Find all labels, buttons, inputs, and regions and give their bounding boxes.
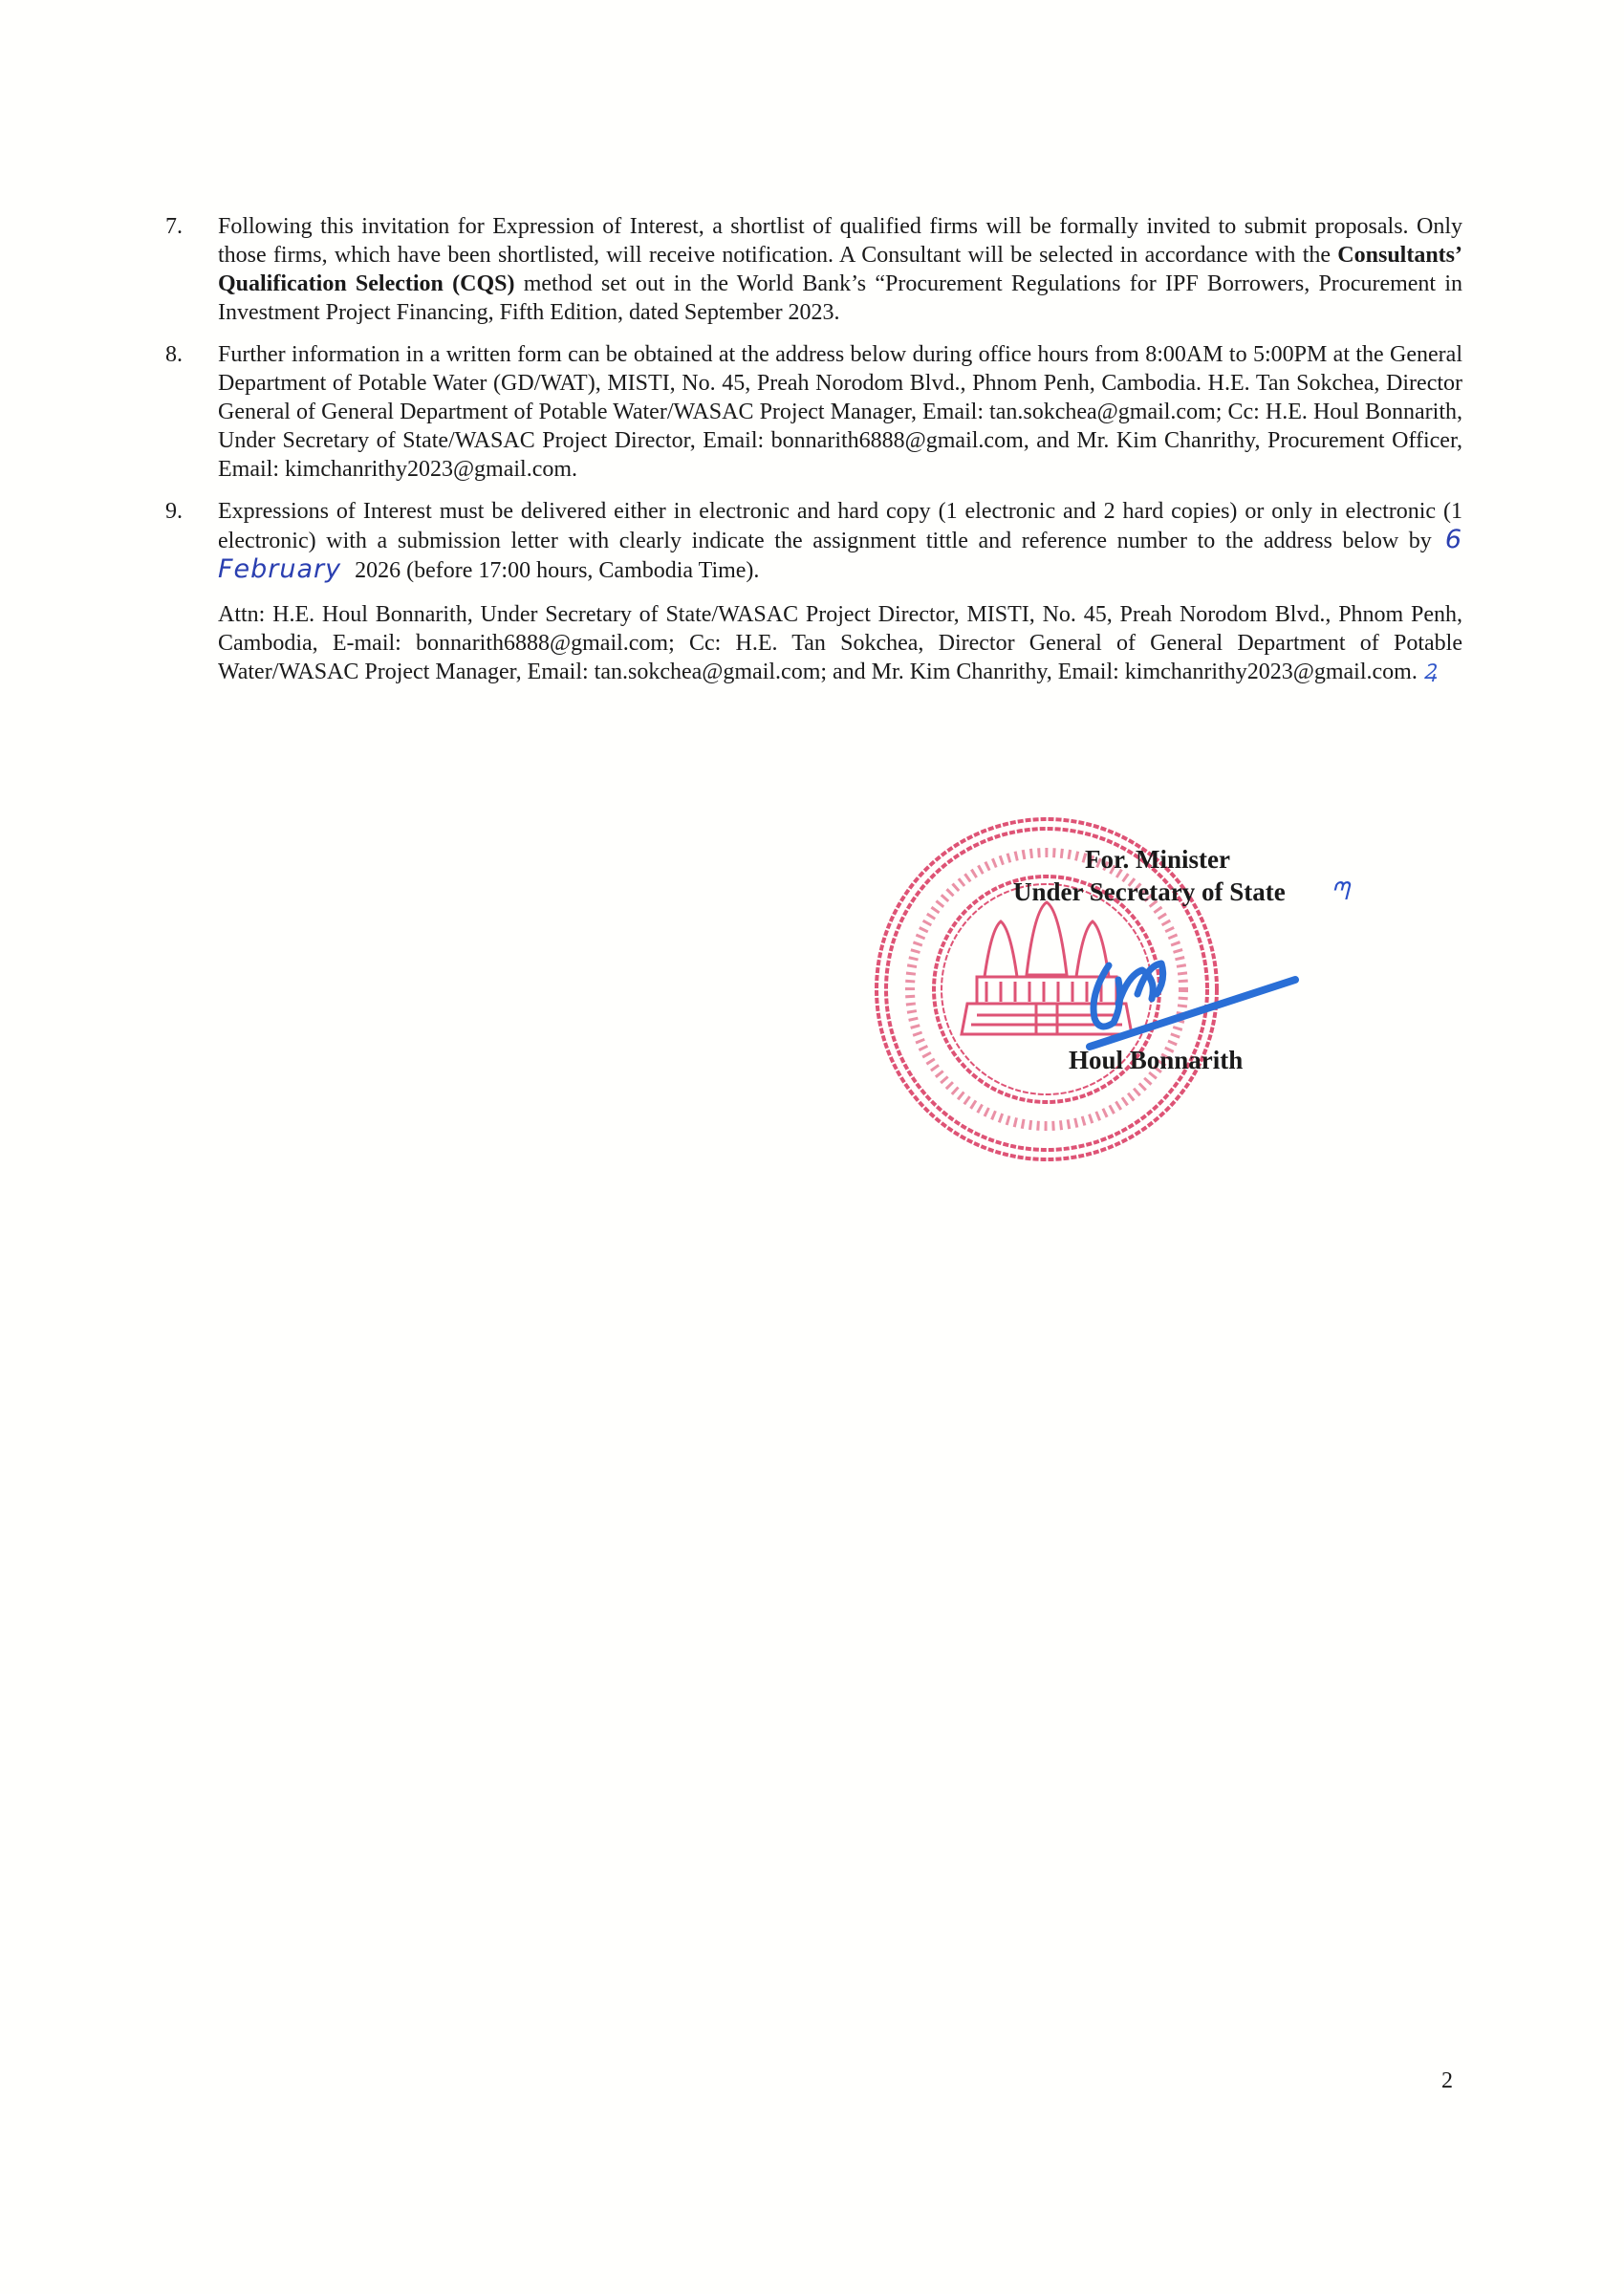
document-page: 7. Following this invitation for Express… — [0, 0, 1624, 2294]
item-8: 8. Further information in a written form… — [165, 340, 1462, 484]
item-text: Following this invitation for Expression… — [218, 212, 1462, 327]
item-number: 9. — [165, 497, 183, 526]
item-number: 7. — [165, 212, 183, 241]
item-9: 9. Expressions of Interest must be deliv… — [165, 497, 1462, 585]
item-7: 7. Following this invitation for Express… — [165, 212, 1462, 327]
signature-title-line1: For. Minister — [1085, 845, 1230, 875]
handwritten-signature-icon — [1071, 937, 1300, 1061]
handwritten-initial-icon: Ꝝ — [1423, 660, 1437, 684]
item-text: Expressions of Interest must be delivere… — [218, 497, 1462, 585]
item-text: Further information in a written form ca… — [218, 340, 1462, 484]
handwritten-initial-icon: ᘉ — [1331, 877, 1349, 907]
item-text-part: Following this invitation for Expression… — [218, 214, 1462, 268]
page-number: 2 — [1441, 2068, 1453, 2094]
item-number: 8. — [165, 340, 183, 369]
attention-address: Attn: H.E. Houl Bonnarith, Under Secreta… — [218, 600, 1462, 687]
numbered-items: 7. Following this invitation for Express… — [165, 212, 1462, 687]
attention-text: Attn: H.E. Houl Bonnarith, Under Secreta… — [218, 602, 1462, 684]
signature-title-line2: Under Secretary of State — [1013, 877, 1286, 907]
item-text-part: 2026 (before 17:00 hours, Cambodia Time)… — [355, 558, 759, 583]
item-text-part: Expressions of Interest must be delivere… — [218, 499, 1462, 553]
